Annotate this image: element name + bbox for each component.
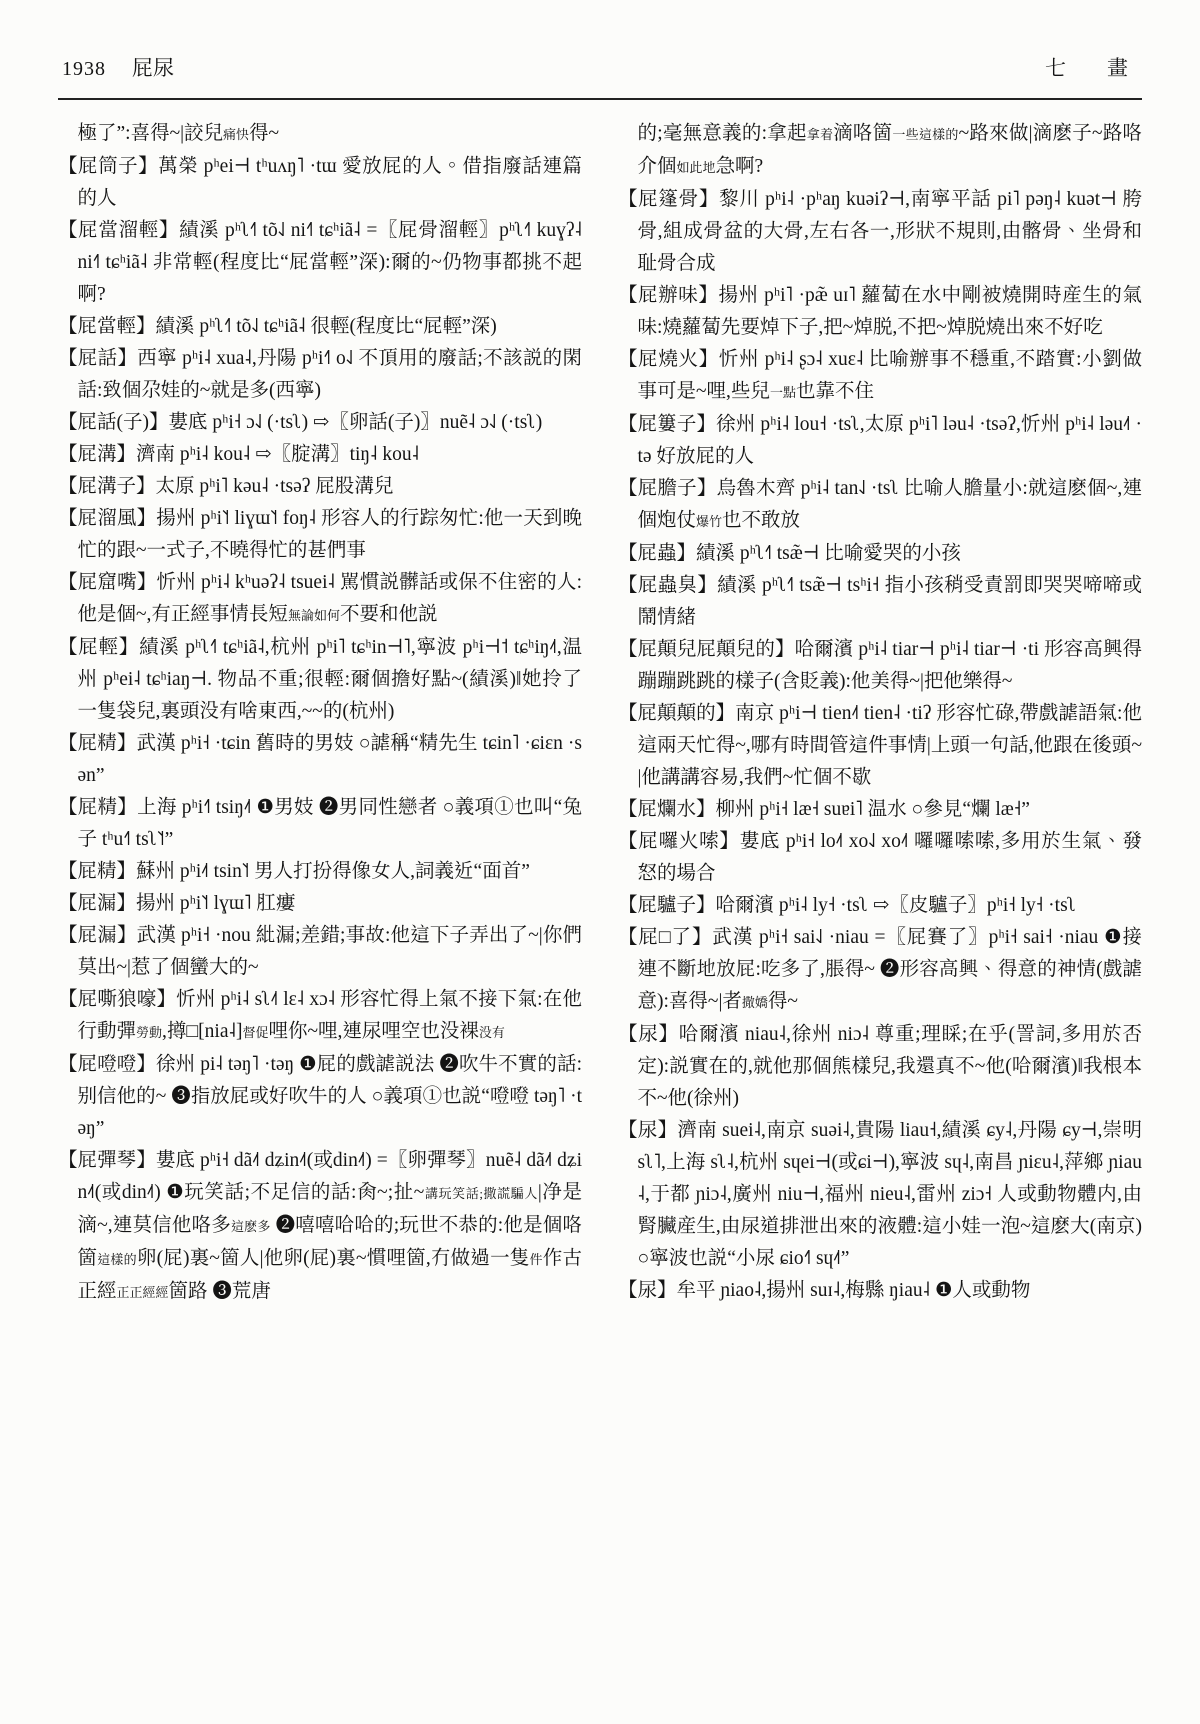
gloss-annotation: 件: [530, 1252, 543, 1267]
dictionary-entry: 【屁辦味】揚州 pʰi˥ ·pæ̃ uɪ˥ 蘿蔔在水中剛被燒開時産生的氣味:燒蘿…: [618, 280, 1142, 344]
entry-text: 也不敢放: [722, 510, 800, 531]
dictionary-entry: 【尿】濟南 suei˨,南京 suəi˨,貴陽 liau˧,績溪 ɕy˨,丹陽 …: [618, 1115, 1142, 1275]
entry-text: 得~: [249, 123, 279, 144]
gloss-annotation: 拿着: [807, 127, 833, 142]
gloss-annotation: 正正經經: [117, 1285, 169, 1300]
section-title: 七 畫: [1045, 52, 1138, 82]
dictionary-entry: 【屁精】武漢 pʰi˧ ·tɕin 舊時的男妓 ○謔稱“精先生 tɕin˥ ·ɕ…: [58, 728, 582, 792]
gloss-annotation: 没有: [479, 1025, 505, 1040]
dictionary-entry: 【屁溝子】太原 pʰi˥ kəu˨ ·tsəʔ 屁股溝兒: [58, 471, 582, 503]
dictionary-entry: 【屁蟲臭】績溪 pʰʅ˧˥ tsæ̃⊣ tsʰi˧ 指小孩稍受責罰即哭哭啼啼或鬧…: [618, 570, 1142, 634]
entry-text: 【屁溝子】太原 pʰi˥ kəu˨ ·tsəʔ 屁股溝兒: [58, 476, 393, 497]
gloss-annotation: 爆竹: [696, 514, 722, 529]
gloss-annotation: 一點: [770, 385, 796, 400]
entry-text: 的;毫無意義的:拿起: [638, 123, 807, 144]
dictionary-entry: 【屁當溜輕】績溪 pʰʅ˧˥ tõ˨˩ ni˧˥ tɕʰiã˨ =〖屁骨溜輕〗p…: [58, 215, 582, 311]
dictionary-entry: 【屁筒子】萬榮 pʰei⊣ tʰuʌŋ˥ ·tɯ 愛放屁的人。借指廢話連篇的人: [58, 151, 582, 215]
entry-text: 【屁蟲臭】績溪 pʰʅ˧˥ tsæ̃⊣ tsʰi˧ 指小孩稍受責罰即哭哭啼啼或鬧…: [618, 575, 1142, 628]
dictionary-entry: 【屁溜風】揚州 pʰi˥˦ liɣɯ˥˦ foŋ˨ 形容人的行踪匆忙:他一天到晚…: [58, 503, 582, 567]
entry-text: 【屁顛兒屁顛兒的】哈爾濱 pʰi˨ tiar⊣ pʰi˨ tiar⊣ ·ti 形…: [618, 639, 1142, 692]
dictionary-entry: 【屁溝】濟南 pʰi˨ kou˨ ⇨〖腚溝〗tiŋ˨ kou˨: [58, 439, 582, 471]
entry-text: 【屁輕】績溪 pʰʅ˧˥ tɕʰiã˨,杭州 pʰi˥ tɕʰin⊣˥,寧波 p…: [58, 637, 582, 722]
dictionary-entry: 【屁嘶狼嚎】忻州 pʰi˨ sʅ˨˦ lɛ˨ xɔ˨ 形容忙得上氣不接下氣:在他…: [58, 984, 582, 1049]
entry-text: 【屁篷骨】黎川 pʰi˨ ·pʰaŋ kuəiʔ⊣,南寧平話 pi˥ pəŋ˨ …: [618, 189, 1142, 274]
gloss-annotation: 一些這樣的: [892, 127, 958, 142]
entry-text: 【屁囉火嗦】婁底 pʰi˧ lo˨˦ xo˨˩ xo˨˦ 囉囉嗦嗦,多用於生氣、…: [618, 831, 1142, 884]
dictionary-entry: 【屁□了】武漢 pʰi˧ sai˨˩ ·niau =〖屁賽了〗pʰi˧ sai˧…: [618, 922, 1142, 1019]
dictionary-entry: 【屁漏】揚州 pʰi˥˦ lɣɯ˥ 肛瘻: [58, 888, 582, 920]
gloss-annotation: 督促: [242, 1025, 268, 1040]
dictionary-entry: 【屁精】蘇州 pʰi˨˦ tsin˥˦ 男人打扮得像女人,詞義近“面首”: [58, 856, 582, 888]
entry-text: 【尿】牟平 ɲiao˨,揚州 suɪ˨,梅縣 ŋiau˨ ❶人或動物: [618, 1280, 1030, 1301]
entry-text: 【屁辦味】揚州 pʰi˥ ·pæ̃ uɪ˥ 蘿蔔在水中剛被燒開時産生的氣味:燒蘿…: [618, 285, 1142, 338]
entry-text: 【尿】濟南 suei˨,南京 suəi˨,貴陽 liau˧,績溪 ɕy˨,丹陽 …: [618, 1120, 1142, 1269]
entry-text: 也靠不住: [796, 381, 874, 402]
dictionary-entry: 【尿】哈爾濱 niau˨,徐州 niɔ˨ 尊重;理睬;在乎(詈詞,多用於否定):…: [618, 1019, 1142, 1115]
dictionary-entry: 【屁驢子】哈爾濱 pʰi˨ ly˧ ·tsʅ ⇨〖皮驢子〗pʰi˧ ly˧ ·t…: [618, 890, 1142, 922]
dictionary-entry: 【屁顛顛的】南京 pʰi⊣ tien˨˦ tien˨ ·tiʔ 形容忙碌,帶戲謔…: [618, 698, 1142, 794]
dictionary-entry: 【屁噔噔】徐州 pi˨ təŋ˥ ·təŋ ❶屁的戲謔説法 ❷吹牛不實的話:别信…: [58, 1049, 582, 1145]
entry-text: 【屁噔噔】徐州 pi˨ təŋ˥ ·təŋ ❶屁的戲謔説法 ❷吹牛不實的話:别信…: [58, 1054, 582, 1139]
dictionary-entry: 【屁輕】績溪 pʰʅ˧˥ tɕʰiã˨,杭州 pʰi˥ tɕʰin⊣˥,寧波 p…: [58, 632, 582, 728]
entry-text: 【屁溜風】揚州 pʰi˥˦ liɣɯ˥˦ foŋ˨ 形容人的行踪匆忙:他一天到晚…: [58, 508, 582, 561]
entry-text: 箇路 ❸荒唐: [169, 1281, 271, 1302]
dictionary-entry: 【屁話】西寧 pʰi˨ xua˨,丹陽 pʰi˧˥ o˨˩ 不頂用的廢話;不該説…: [58, 343, 582, 407]
dictionary-body: 極了”:喜得~|詨兒痛快得~【屁筒子】萬榮 pʰei⊣ tʰuʌŋ˥ ·tɯ 愛…: [58, 118, 1142, 1309]
page-number: 1938: [62, 58, 106, 81]
entry-continuation: 極了”:喜得~|詨兒痛快得~: [58, 118, 582, 151]
dictionary-entry: 【屁燒火】忻州 pʰi˨ ʂɔ˨ xuɛ˨ 比喻辦事不穩重,不踏實:小劉做事可是…: [618, 344, 1142, 409]
entry-text: 【屁當溜輕】績溪 pʰʅ˧˥ tõ˨˩ ni˧˥ tɕʰiã˨ =〖屁骨溜輕〗p…: [58, 220, 582, 305]
dictionary-page: 1938 屁尿 七 畫 極了”:喜得~|詨兒痛快得~【屁筒子】萬榮 pʰei⊣ …: [0, 0, 1200, 1724]
guide-word: 屁尿: [132, 52, 174, 82]
entry-continuation: 的;毫無意義的:拿起拿着滴咯箇一些這樣的~路來做|滴麽子~路咯介個如此地急啊?: [618, 118, 1142, 184]
dictionary-entry: 【屁漏】武漢 pʰi˧ ·nou 紕漏;差錯;事故:他這下子弄出了~|你們莫出~…: [58, 920, 582, 984]
header-left: 1938 屁尿: [62, 52, 174, 82]
dictionary-entry: 【屁蟲】績溪 pʰʅ˧˥ tsæ̃⊣ 比喻愛哭的小孩: [618, 538, 1142, 570]
entry-text: 【屁漏】武漢 pʰi˧ ·nou 紕漏;差錯;事故:他這下子弄出了~|你們莫出~…: [58, 925, 582, 978]
entry-text: 哩你~哩,連尿哩空也没裸: [268, 1021, 478, 1042]
entry-text: ,撙□[nia˨]: [162, 1021, 242, 1042]
dictionary-entry: 【屁當輕】績溪 pʰʅ˧˥ tõ˨˩ tɕʰiã˨ 很輕(程度比“屁輕”深): [58, 311, 582, 343]
entry-text: 【屁□了】武漢 pʰi˧ sai˨˩ ·niau =〖屁賽了〗pʰi˧ sai˧…: [618, 927, 1142, 1012]
entry-text: 【屁精】上海 pʰi˧˥ tsiŋ˨˦ ❶男妓 ❷男同性戀者 ○義項①也叫“兔子…: [58, 797, 582, 850]
entry-text: 【屁爛水】柳州 pʰi˧ læ˧ suɐi˥ 温水 ○參見“爛 læ˧”: [618, 799, 1030, 820]
entry-text: 【屁話(子)】婁底 pʰi˧ ɔ˨˩ (·tsʅ) ⇨〖卵話(子)〗nuẽ˨ ɔ…: [58, 412, 542, 433]
entry-text: 【尿】哈爾濱 niau˨,徐州 niɔ˨ 尊重;理睬;在乎(詈詞,多用於否定):…: [618, 1024, 1142, 1109]
entry-text: 得~: [768, 991, 798, 1012]
entry-text: 【屁當輕】績溪 pʰʅ˧˥ tõ˨˩ tɕʰiã˨ 很輕(程度比“屁輕”深): [58, 316, 497, 337]
entry-text: 滴咯箇: [833, 123, 892, 144]
entry-text: 【屁漏】揚州 pʰi˥˦ lɣɯ˥ 肛瘻: [58, 893, 295, 914]
dictionary-entry: 【屁篷骨】黎川 pʰi˨ ·pʰaŋ kuəiʔ⊣,南寧平話 pi˥ pəŋ˨ …: [618, 184, 1142, 280]
entry-text: 急啊?: [716, 156, 764, 177]
gloss-annotation: 勞動: [136, 1025, 162, 1040]
gloss-annotation: 這樣的: [97, 1252, 137, 1267]
entry-text: 【屁精】武漢 pʰi˧ ·tɕin 舊時的男妓 ○謔稱“精先生 tɕin˥ ·ɕ…: [58, 733, 582, 786]
dictionary-entry: 【屁精】上海 pʰi˧˥ tsiŋ˨˦ ❶男妓 ❷男同性戀者 ○義項①也叫“兔子…: [58, 792, 582, 856]
gloss-annotation: 撒嬌: [742, 995, 768, 1010]
gloss-annotation: 講玩笑話;撒謊騙人: [424, 1186, 538, 1201]
dictionary-entry: 【屁顛兒屁顛兒的】哈爾濱 pʰi˨ tiar⊣ pʰi˨ tiar⊣ ·ti 形…: [618, 634, 1142, 698]
dictionary-entry: 【屁窟嘴】忻州 pʰi˨ kʰuəʔ˨ tsuei˨ 駡慣説髒話或保不住密的人:…: [58, 567, 582, 632]
gloss-annotation: 痛快: [223, 127, 249, 142]
entry-text: 【屁筒子】萬榮 pʰei⊣ tʰuʌŋ˥ ·tɯ 愛放屁的人。借指廢話連篇的人: [58, 156, 582, 209]
right-column: 的;毫無意義的:拿起拿着滴咯箇一些這樣的~路來做|滴麽子~路咯介個如此地急啊?【…: [618, 118, 1142, 1309]
entry-text: 【屁精】蘇州 pʰi˨˦ tsin˥˦ 男人打扮得像女人,詞義近“面首”: [58, 861, 530, 882]
entry-text: 【屁驢子】哈爾濱 pʰi˨ ly˧ ·tsʅ ⇨〖皮驢子〗pʰi˧ ly˧ ·t…: [618, 895, 1076, 916]
entry-text: 【屁話】西寧 pʰi˨ xua˨,丹陽 pʰi˧˥ o˨˩ 不頂用的廢話;不該説…: [58, 348, 582, 401]
page-header: 1938 屁尿 七 畫: [58, 52, 1142, 100]
entry-text: 極了”:喜得~|詨兒: [78, 123, 224, 144]
gloss-annotation: 如此地: [677, 160, 716, 175]
entry-text: 【屁燒火】忻州 pʰi˨ ʂɔ˨ xuɛ˨ 比喻辦事不穩重,不踏實:小劉做事可是…: [618, 349, 1142, 402]
gloss-annotation: 無論如何: [288, 608, 340, 623]
dictionary-entry: 【尿】牟平 ɲiao˨,揚州 suɪ˨,梅縣 ŋiau˨ ❶人或動物: [618, 1275, 1142, 1307]
entry-text: 卵(屁)裏~箇人|他卵(屁)裏~慣哩箇,冇做過一隻: [137, 1248, 530, 1269]
dictionary-entry: 【屁話(子)】婁底 pʰi˧ ɔ˨˩ (·tsʅ) ⇨〖卵話(子)〗nuẽ˨ ɔ…: [58, 407, 582, 439]
dictionary-entry: 【屁爛水】柳州 pʰi˧ læ˧ suɐi˥ 温水 ○參見“爛 læ˧”: [618, 794, 1142, 826]
dictionary-entry: 【屁膽子】烏魯木齊 pʰi˨ tan˨˩ ·tsʅ 比喻人膽量小:就這麽個~,連…: [618, 473, 1142, 538]
dictionary-entry: 【屁簍子】徐州 pʰi˨ lou˧ ·tsʅ,太原 pʰi˥ ləu˨ ·tsə…: [618, 409, 1142, 473]
dictionary-entry: 【屁囉火嗦】婁底 pʰi˧ lo˨˦ xo˨˩ xo˨˦ 囉囉嗦嗦,多用於生氣、…: [618, 826, 1142, 890]
entry-text: 不要和他説: [340, 604, 438, 625]
entry-text: 【屁顛顛的】南京 pʰi⊣ tien˨˦ tien˨ ·tiʔ 形容忙碌,帶戲謔…: [618, 703, 1142, 788]
entry-text: 【屁蟲】績溪 pʰʅ˧˥ tsæ̃⊣ 比喻愛哭的小孩: [618, 543, 961, 564]
entry-text: 【屁簍子】徐州 pʰi˨ lou˧ ·tsʅ,太原 pʰi˥ ləu˨ ·tsə…: [618, 414, 1142, 467]
entry-text: 【屁溝】濟南 pʰi˨ kou˨ ⇨〖腚溝〗tiŋ˨ kou˨: [58, 444, 419, 465]
dictionary-entry: 【屁彈琴】婁底 pʰi˧ dã˨˦ dʑin˨˦(或din˨˦) =〖卵彈琴〗n…: [58, 1145, 582, 1309]
left-column: 極了”:喜得~|詨兒痛快得~【屁筒子】萬榮 pʰei⊣ tʰuʌŋ˥ ·tɯ 愛…: [58, 118, 582, 1309]
gloss-annotation: 這麽多: [231, 1219, 271, 1234]
